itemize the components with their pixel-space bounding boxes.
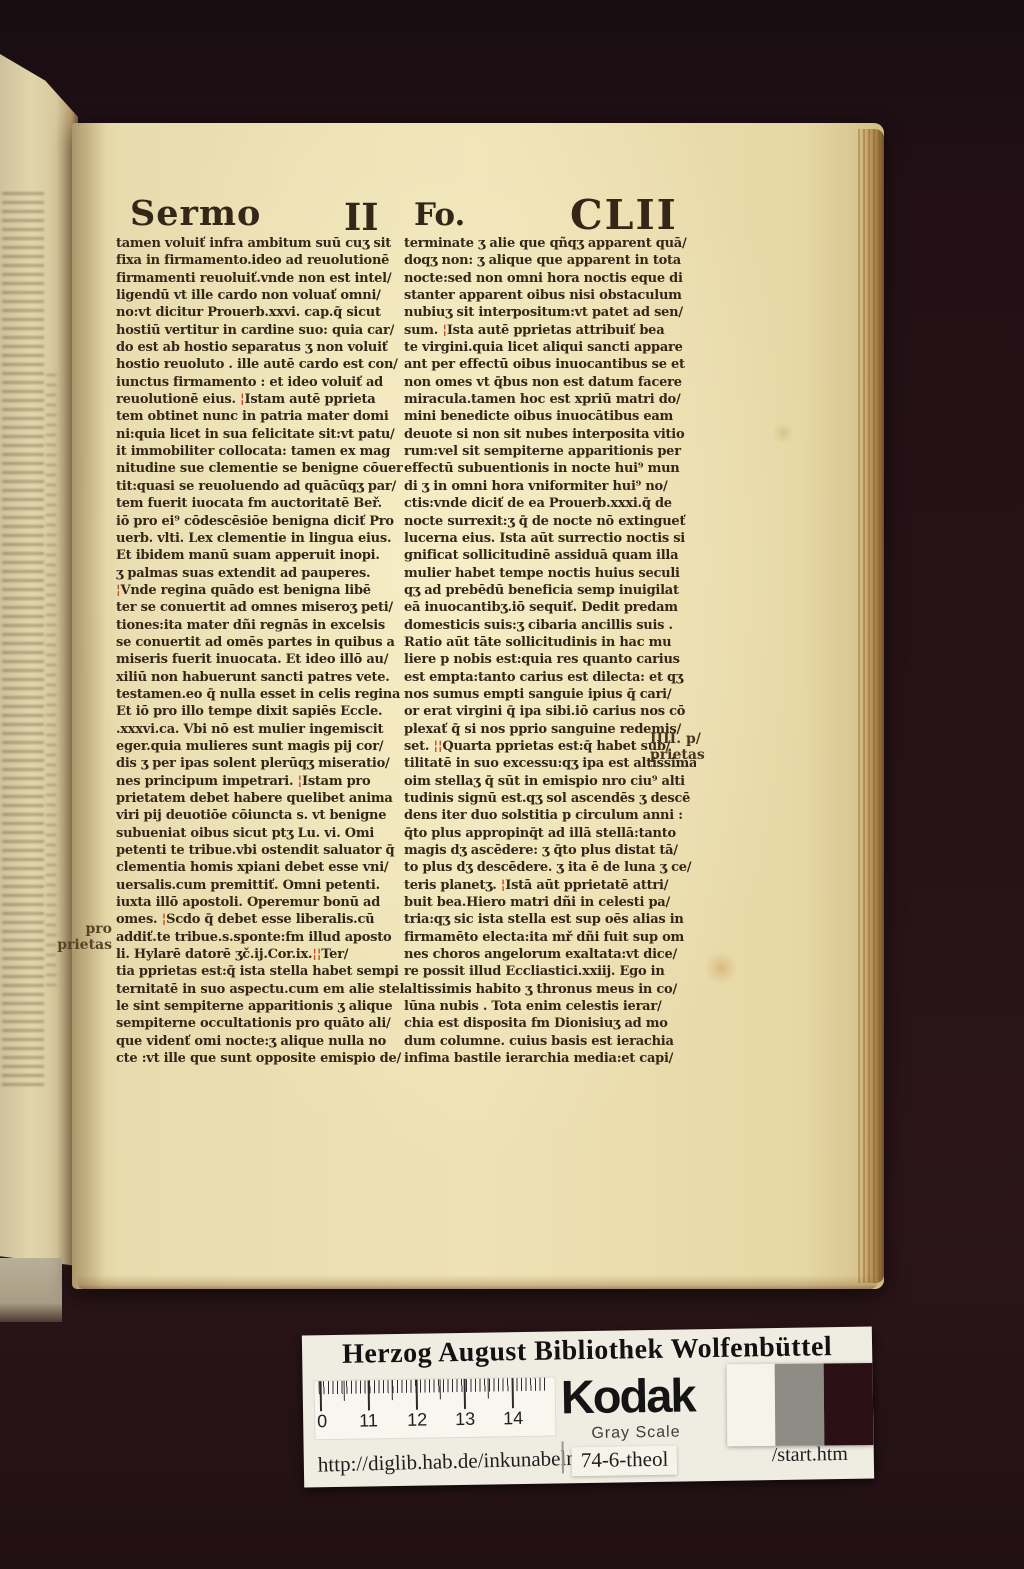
margin-note-right: IIII. p/ prietas bbox=[650, 731, 705, 763]
cm-ruler: 0 11 12 13 14 bbox=[315, 1378, 556, 1440]
folio-numeral: CLII bbox=[570, 191, 678, 239]
patch-dark bbox=[824, 1363, 874, 1445]
folio-label: Fo. bbox=[414, 197, 465, 233]
text-column-right: terminate ʒ alie que qñqʒ apparent quā/ … bbox=[404, 235, 696, 1077]
patch-gray bbox=[775, 1363, 825, 1445]
ghost-text-column bbox=[2, 192, 44, 1092]
ruler-number: 0 bbox=[317, 1411, 327, 1432]
ghost-text-edge bbox=[46, 374, 56, 994]
ruler-number: 14 bbox=[503, 1408, 523, 1429]
text-column-left: tamen voluiť infra ambitum suū cuʒ sit f… bbox=[116, 235, 408, 1077]
paper-stain bbox=[772, 423, 794, 443]
ruler-number: 11 bbox=[359, 1410, 378, 1431]
running-title-sermo: Sermo bbox=[130, 193, 261, 234]
kodak-logo: Kodak bbox=[560, 1367, 694, 1424]
library-label-strip: Herzog August Bibliothek Wolfenbüttel 0 … bbox=[302, 1327, 874, 1488]
gutter-shadow bbox=[72, 123, 106, 1289]
shelfmark: 74-6-theol bbox=[572, 1446, 678, 1477]
book-photo: Sermo II Fo. CLII tamen voluiť infra amb… bbox=[0, 0, 1024, 1569]
ruler-number: 13 bbox=[455, 1409, 475, 1430]
fore-edge bbox=[858, 129, 884, 1283]
sermon-numeral: II bbox=[344, 195, 379, 239]
ruler-number: 12 bbox=[407, 1410, 427, 1431]
margin-note-left: pro prietas bbox=[42, 921, 112, 953]
bottom-page-edge bbox=[78, 1275, 878, 1289]
paper-stain bbox=[704, 953, 738, 983]
gray-scale-label: Gray Scale bbox=[591, 1424, 680, 1443]
gray-scale-patches bbox=[727, 1363, 874, 1446]
book-page: Sermo II Fo. CLII tamen voluiť infra amb… bbox=[72, 123, 884, 1289]
start-file: /start.htm bbox=[772, 1443, 848, 1467]
digitization-url: http://diglib.hab.de/inkunabeln/ bbox=[318, 1446, 583, 1478]
patch-white bbox=[727, 1364, 777, 1446]
left-lower-leaf bbox=[0, 1258, 62, 1322]
left-page-edges bbox=[0, 54, 78, 1266]
